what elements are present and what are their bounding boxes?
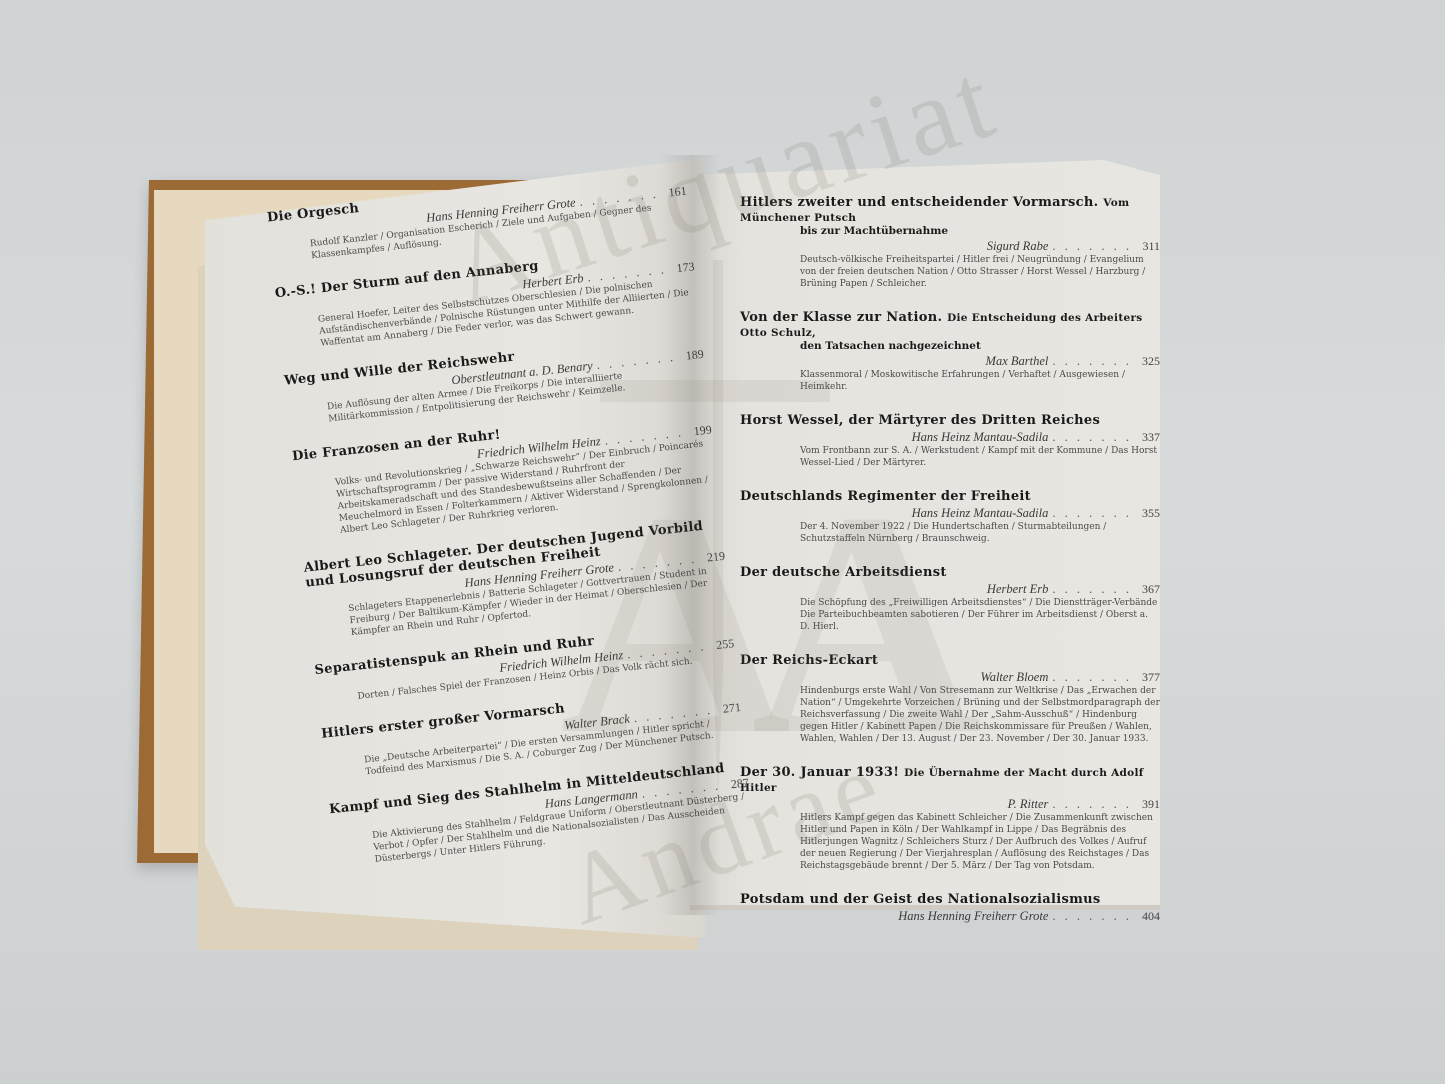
toc-entry: Die Franzosen an der Ruhr! Friedrich Wil…: [291, 405, 718, 540]
entry-subtitle-cont: den Tatsachen nachgezeichnet: [740, 340, 1160, 352]
entry-topics: Vom Frontbann zur S. A. / Werkstudent / …: [740, 445, 1160, 469]
entry-title: Hitlers zweiter und entscheidender Vorma…: [740, 195, 1098, 210]
entry-topics: Deutsch-völkische Freiheitspartei / Hitl…: [740, 254, 1160, 290]
entry-author: P. Ritter: [1008, 797, 1049, 812]
entry-title: Der 30. Januar 1933!: [740, 765, 899, 780]
entry-subtitle-cont: bis zur Machtübernahme: [740, 225, 1160, 237]
page-number: 367: [1136, 582, 1160, 597]
page-number: 325: [1136, 354, 1160, 369]
page-number: 337: [1136, 430, 1160, 445]
leader-dots: . . . . . . .: [1052, 582, 1132, 597]
entry-title: Der deutsche Arbeitsdienst: [740, 565, 1160, 580]
entry-topics: Hindenburgs erste Wahl / Von Stresemann …: [740, 685, 1160, 745]
toc-entry: Horst Wessel, der Märtyrer des Dritten R…: [740, 413, 1160, 469]
leader-dots: . . . . . . .: [1052, 506, 1132, 521]
entry-author: Hans Henning Freiherr Grote: [898, 909, 1048, 924]
toc-entry: Potsdam und der Geist des Nationalsozial…: [740, 892, 1160, 924]
toc-entry: Der 30. Januar 1933! Die Übernahme der M…: [740, 765, 1160, 872]
entry-author: Hans Heinz Mantau-Sadila: [912, 430, 1049, 445]
photo-scene: Die Orgesch Hans Henning Freiherr Grote.…: [0, 0, 1445, 1084]
toc-entry: Der deutsche Arbeitsdienst Herbert Erb. …: [740, 565, 1160, 633]
leader-dots: . . . . . . .: [1052, 909, 1132, 924]
leader-dots: . . . . . . .: [1052, 354, 1132, 369]
entry-author: Hans Heinz Mantau-Sadila: [912, 506, 1049, 521]
toc-entry: Hitlers zweiter und entscheidender Vorma…: [740, 195, 1160, 290]
page-number: 377: [1136, 670, 1160, 685]
entry-title: Der Reichs-Eckart: [740, 653, 1160, 668]
leader-dots: . . . . . . .: [1052, 239, 1132, 254]
page-number: 355: [1136, 506, 1160, 521]
entry-author: Sigurd Rabe: [987, 239, 1049, 254]
page-number: 404: [1136, 909, 1160, 924]
entry-topics: Hitlers Kampf gegen das Kabinett Schleic…: [740, 812, 1160, 872]
toc-entry: Deutschlands Regimenter der Freiheit Han…: [740, 489, 1160, 545]
entry-title: Von der Klasse zur Nation.: [740, 310, 942, 325]
toc-right: Hitlers zweiter und entscheidender Vorma…: [740, 195, 1160, 944]
toc-entry: Der Reichs-Eckart Walter Bloem. . . . . …: [740, 653, 1160, 745]
entry-title: Horst Wessel, der Märtyrer des Dritten R…: [740, 413, 1160, 428]
leader-dots: . . . . . . .: [1052, 430, 1132, 445]
entry-topics: Die Schöpfung des „Freiwilligen Arbeitsd…: [740, 597, 1160, 633]
entry-title: Potsdam und der Geist des Nationalsozial…: [740, 892, 1160, 907]
entry-title: Deutschlands Regimenter der Freiheit: [740, 489, 1160, 504]
leader-dots: . . . . . . .: [1052, 797, 1132, 812]
page-number: 311: [1136, 239, 1160, 254]
sword-guard-watermark: [600, 380, 830, 402]
entry-author: Max Barthel: [986, 354, 1049, 369]
entry-author: Walter Bloem: [980, 670, 1048, 685]
page-number: 391: [1136, 797, 1160, 812]
entry-topics: Der 4. November 1922 / Die Hundertschaft…: [740, 521, 1160, 545]
gutter-shadow: [660, 155, 720, 915]
entry-author: Herbert Erb: [987, 582, 1048, 597]
leader-dots: . . . . . . .: [1052, 670, 1132, 685]
